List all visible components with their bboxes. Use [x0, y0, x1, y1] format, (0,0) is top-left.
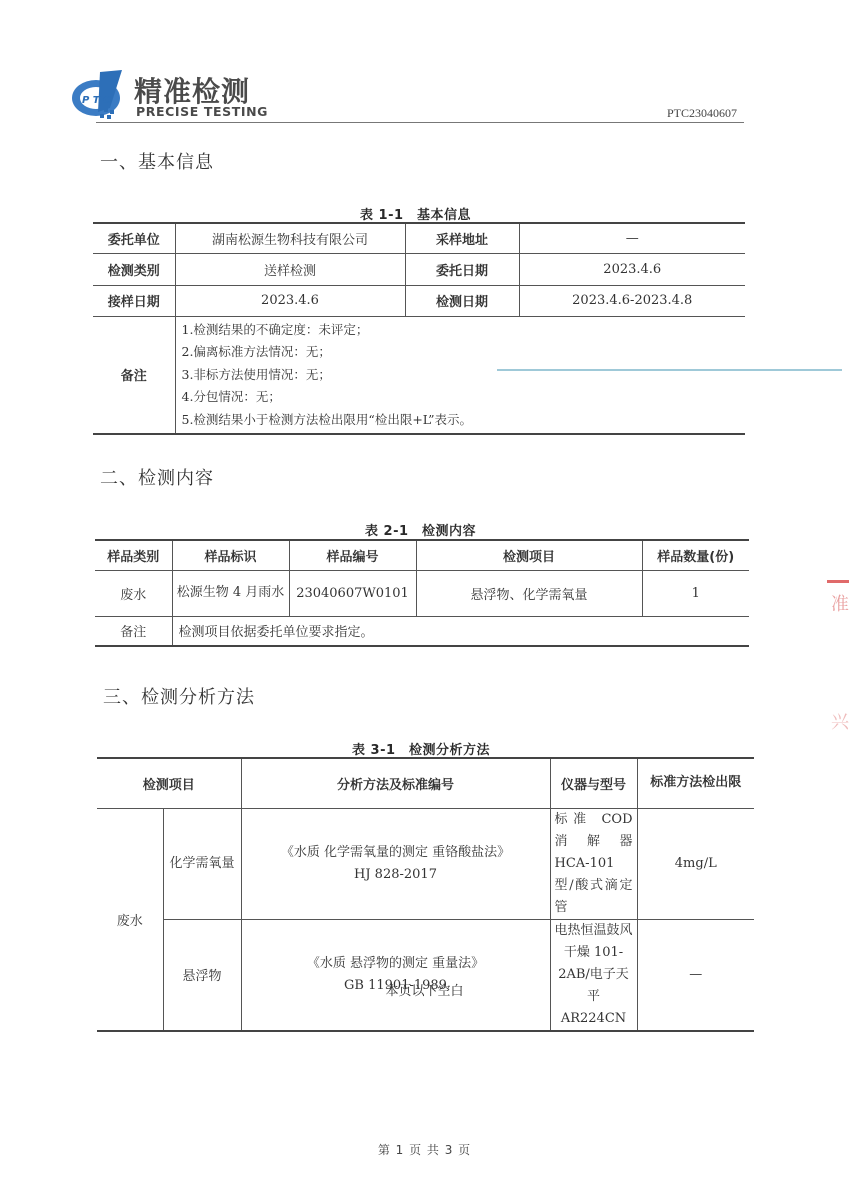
report-number: PTC23040607 [667, 106, 737, 121]
label-client: 委托单位 [93, 223, 175, 253]
table-caption-2-1: 表 2-1 检测内容 [365, 520, 476, 539]
value-client: 湖南松源生物科技有限公司 [175, 223, 405, 253]
table-row: 备注 检测项目依据委托单位要求指定。 [95, 616, 749, 646]
cell-item-ss: 悬浮物 [163, 919, 241, 1031]
label-receipt-date: 接样日期 [93, 285, 175, 316]
basic-info-table: 委托单位 湖南松源生物科技有限公司 采样地址 — 检测类别 送样检测 委托日期 … [93, 222, 745, 435]
table-header-row: 检测项目 分析方法及标准编号 仪器与型号 标准方法检出限 [97, 758, 754, 808]
method-standard: HJ 828-2017 [246, 864, 546, 886]
cell-test-items: 悬浮物、化学需氧量 [416, 570, 642, 616]
header-detection-limit: 标准方法检出限 [637, 758, 754, 808]
method-name: 《水质 悬浮物的测定 重量法》 [246, 953, 546, 975]
label-test-date: 检测日期 [405, 285, 519, 316]
cell-item-cod: 化学需氧量 [163, 808, 241, 919]
cell-instrument-ss: 电热恒温鼓风干燥 101-2AB/电子天平 AR224CN [550, 919, 637, 1031]
cell-category: 废水 [95, 570, 172, 616]
header-sample-category: 样品类别 [95, 540, 172, 570]
table-row: 备注 1.检测结果的不确定度：未评定； 2.偏离标准方法情况：无； 3.非标方法… [93, 316, 745, 434]
value-commission-date: 2023.4.6 [519, 253, 745, 285]
method-name: 《水质 化学需氧量的测定 重铬酸盐法》 [246, 842, 546, 864]
note-item: 3.非标方法使用情况：无； [182, 364, 740, 387]
svg-text:P T C: P T C [82, 95, 111, 106]
cell-instrument-cod: 标准 COD 消解器 HCA-101 型/酸式滴定管 [550, 808, 637, 919]
cell-sample-number: 23040607W0101 [289, 570, 416, 616]
section-title-test-content: 二、检测内容 [100, 464, 214, 490]
cell-method-ss: 《水质 悬浮物的测定 重量法》 GB 11901-1989 [241, 919, 550, 1031]
page-indicator: 第 1 页 共 3 页 [0, 1141, 849, 1158]
section-title-basic-info: 一、基本信息 [100, 148, 214, 174]
value-test-type: 送样检测 [175, 253, 405, 285]
ptc-logo-icon: P T C [70, 68, 128, 122]
label-sampling-address: 采样地址 [405, 223, 519, 253]
table-caption-3-1: 表 3-1 检测分析方法 [352, 739, 490, 758]
cell-label: 松源生物 4 月雨水 [172, 570, 289, 616]
logo-english-name: PRECISE TESTING [136, 104, 268, 119]
table-caption-1-1: 表 1-1 基本信息 [360, 204, 471, 223]
remark-value: 检测项目依据委托单位要求指定。 [172, 616, 749, 646]
value-sampling-address: — [519, 223, 745, 253]
table-row: 悬浮物 《水质 悬浮物的测定 重量法》 GB 11901-1989 电热恒温鼓风… [97, 919, 754, 1031]
table-row: 废水 化学需氧量 《水质 化学需氧量的测定 重铬酸盐法》 HJ 828-2017… [97, 808, 754, 919]
stamp-glyph: 准 [831, 590, 849, 616]
header-method: 分析方法及标准编号 [241, 758, 550, 808]
cell-limit-cod: 4mg/L [637, 808, 754, 919]
company-logo: P T C 精准检测 PRECISE TESTING [70, 64, 290, 124]
header-divider [96, 122, 744, 123]
section-title-analysis-methods: 三、检测分析方法 [103, 683, 255, 709]
label-test-type: 检测类别 [93, 253, 175, 285]
stamp-bar [827, 580, 849, 583]
note-item: 2.偏离标准方法情况：无； [182, 341, 740, 364]
seal-stamp: 准 兴 [823, 578, 849, 748]
remark-label: 备注 [95, 616, 172, 646]
table-row: 检测类别 送样检测 委托日期 2023.4.6 [93, 253, 745, 285]
note-item: 4.分包情况：无； [182, 386, 740, 409]
notes-cell: 1.检测结果的不确定度：未评定； 2.偏离标准方法情况：无； 3.非标方法使用情… [175, 316, 745, 434]
header-test-items: 检测项目 [416, 540, 642, 570]
label-notes: 备注 [93, 316, 175, 434]
annotation-line [497, 369, 842, 371]
header-instrument: 仪器与型号 [550, 758, 637, 808]
cell-method-cod: 《水质 化学需氧量的测定 重铬酸盐法》 HJ 828-2017 [241, 808, 550, 919]
header-sample-number: 样品编号 [289, 540, 416, 570]
test-content-table: 样品类别 样品标识 样品编号 检测项目 样品数量(份) 废水 松源生物 4 月雨… [95, 539, 749, 647]
header-sample-quantity: 样品数量(份) [642, 540, 749, 570]
table-row: 委托单位 湖南松源生物科技有限公司 采样地址 — [93, 223, 745, 253]
note-item: 1.检测结果的不确定度：未评定； [182, 319, 740, 342]
table-row: 废水 松源生物 4 月雨水 23040607W0101 悬浮物、化学需氧量 1 [95, 570, 749, 616]
cell-quantity: 1 [642, 570, 749, 616]
cell-limit-ss: — [637, 919, 754, 1031]
label-commission-date: 委托日期 [405, 253, 519, 285]
note-item: 5.检测结果小于检测方法检出限用“检出限+L”表示。 [182, 409, 740, 432]
blank-below-note: 本页以下空白 [0, 980, 849, 999]
table-header-row: 样品类别 样品标识 样品编号 检测项目 样品数量(份) [95, 540, 749, 570]
table-row: 接样日期 2023.4.6 检测日期 2023.4.6-2023.4.8 [93, 285, 745, 316]
value-receipt-date: 2023.4.6 [175, 285, 405, 316]
header-test-item: 检测项目 [97, 758, 241, 808]
stamp-glyph: 兴 [831, 708, 849, 734]
header-sample-label: 样品标识 [172, 540, 289, 570]
value-test-date: 2023.4.6-2023.4.8 [519, 285, 745, 316]
